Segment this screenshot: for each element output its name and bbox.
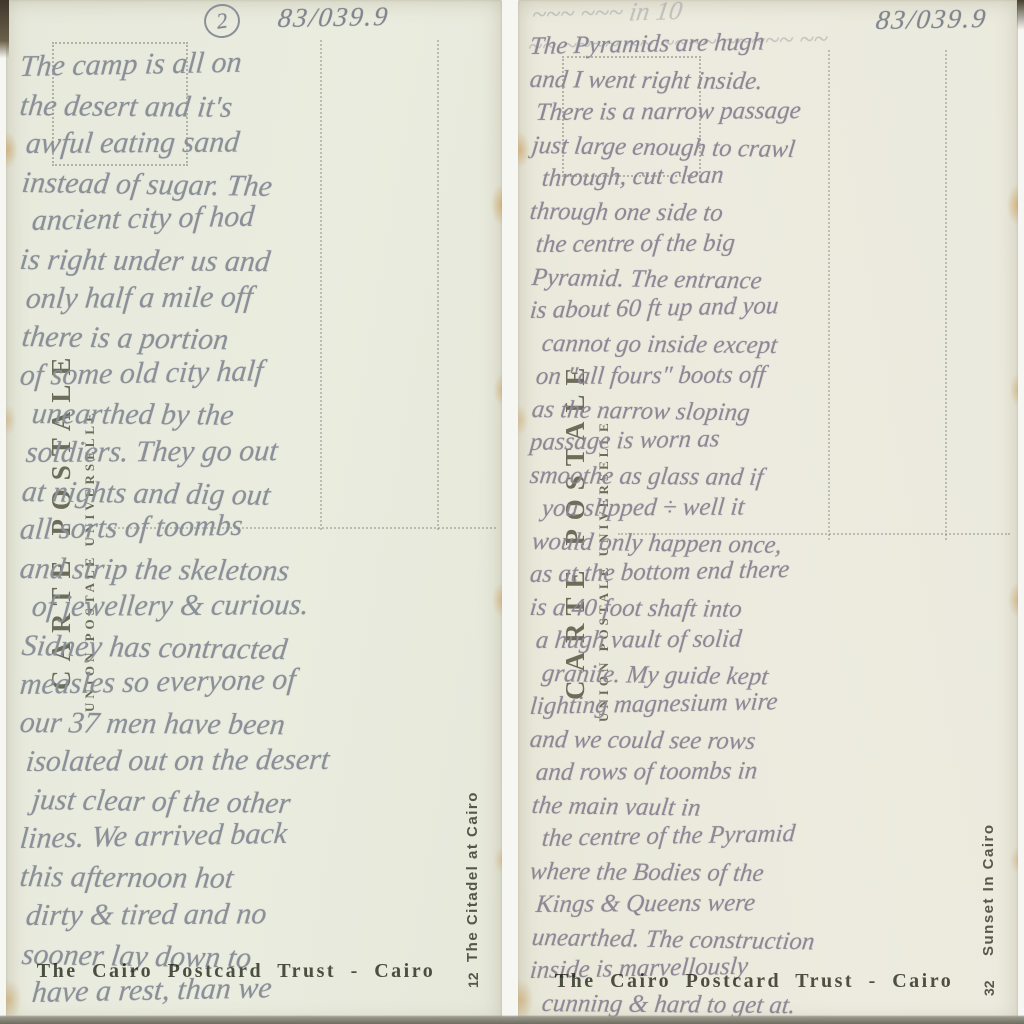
handwritten-line: where the Bodies of the (528, 855, 1018, 892)
pencil-scribble: ~~~ ~~~ in 10 (530, 0, 685, 30)
side-caption-sunset: Sunset In Cairo (980, 806, 997, 956)
dotted-divider-line (106, 527, 496, 529)
scan-edge-artifact (1017, 0, 1024, 30)
dotted-divider-line (437, 40, 439, 530)
handwritten-line: is right under us and (18, 241, 500, 284)
stamp-box (562, 56, 701, 177)
side-caption-citadel: The Citadel at Cairo (464, 742, 481, 962)
right-postcard: CARTE POSTALE UNION POSTALE UNIVERSELLE … (518, 0, 1018, 1024)
handwritten-line: the main vault in (530, 789, 1018, 830)
handwritten-line: isolated out on the desert (24, 739, 500, 781)
carte-postale-text: CARTE POSTALE (46, 420, 77, 690)
union-postale-text: UNION POSTALE UNIVERSELLE (596, 402, 612, 722)
handwritten-line: there is a portion (20, 318, 501, 364)
publisher-imprint: The Cairo Postcard Trust - Cairo (504, 970, 1004, 993)
publisher-imprint: The Cairo Postcard Trust - Cairo (0, 960, 484, 983)
handwritten-line: Kings & Queens were (534, 885, 1017, 921)
handwritten-line: dirty & tired and no (24, 894, 500, 936)
dotted-divider-line (320, 40, 322, 530)
stamp-box (52, 42, 188, 166)
handwritten-line: unearthed. The construction (530, 921, 1018, 962)
handwritten-line: of some old city half (18, 348, 499, 396)
dotted-divider-line (618, 533, 1010, 535)
handwritten-line: and we could see rows (528, 723, 1018, 760)
left-postcard: CARTE POSTALE UNION POSTALE UNIVERSELLE … (6, 0, 502, 1024)
catalog-number: 83/039.9 (874, 3, 989, 36)
handwritten-line: instead of sugar. The (20, 164, 501, 210)
handwritten-line: of jewellery & curious. (30, 585, 500, 627)
pencil-scribble: ~~ ~~~~ ~~ ~~~~ ~~~~~ ~~ (526, 24, 830, 62)
carte-postale-text: CARTE POSTALE (560, 430, 591, 700)
pencil-page-number: 2 (202, 2, 242, 41)
handwritten-line: lines. We arrived back (18, 811, 499, 859)
dotted-divider-line (828, 50, 830, 540)
catalog-number: 83/039.9 (276, 1, 391, 34)
handwritten-line: ancient city of hod (30, 193, 499, 241)
handwritten-line: just clear of the other (30, 781, 501, 827)
handwritten-line: the centre of the Pyramid (541, 813, 1018, 855)
union-postale-text: UNION POSTALE UNIVERSELLE (82, 392, 98, 712)
handwritten-line: this afternoon hot (18, 858, 500, 901)
dotted-divider-line (945, 50, 947, 540)
handwritten-line: unearthed by the (30, 395, 500, 438)
postcard-scan: CARTE POSTALE UNION POSTALE UNIVERSELLE … (0, 0, 1024, 1024)
handwritten-line: and rows of toombs in (534, 753, 1017, 789)
handwritten-line: only half a mile off (24, 276, 500, 318)
